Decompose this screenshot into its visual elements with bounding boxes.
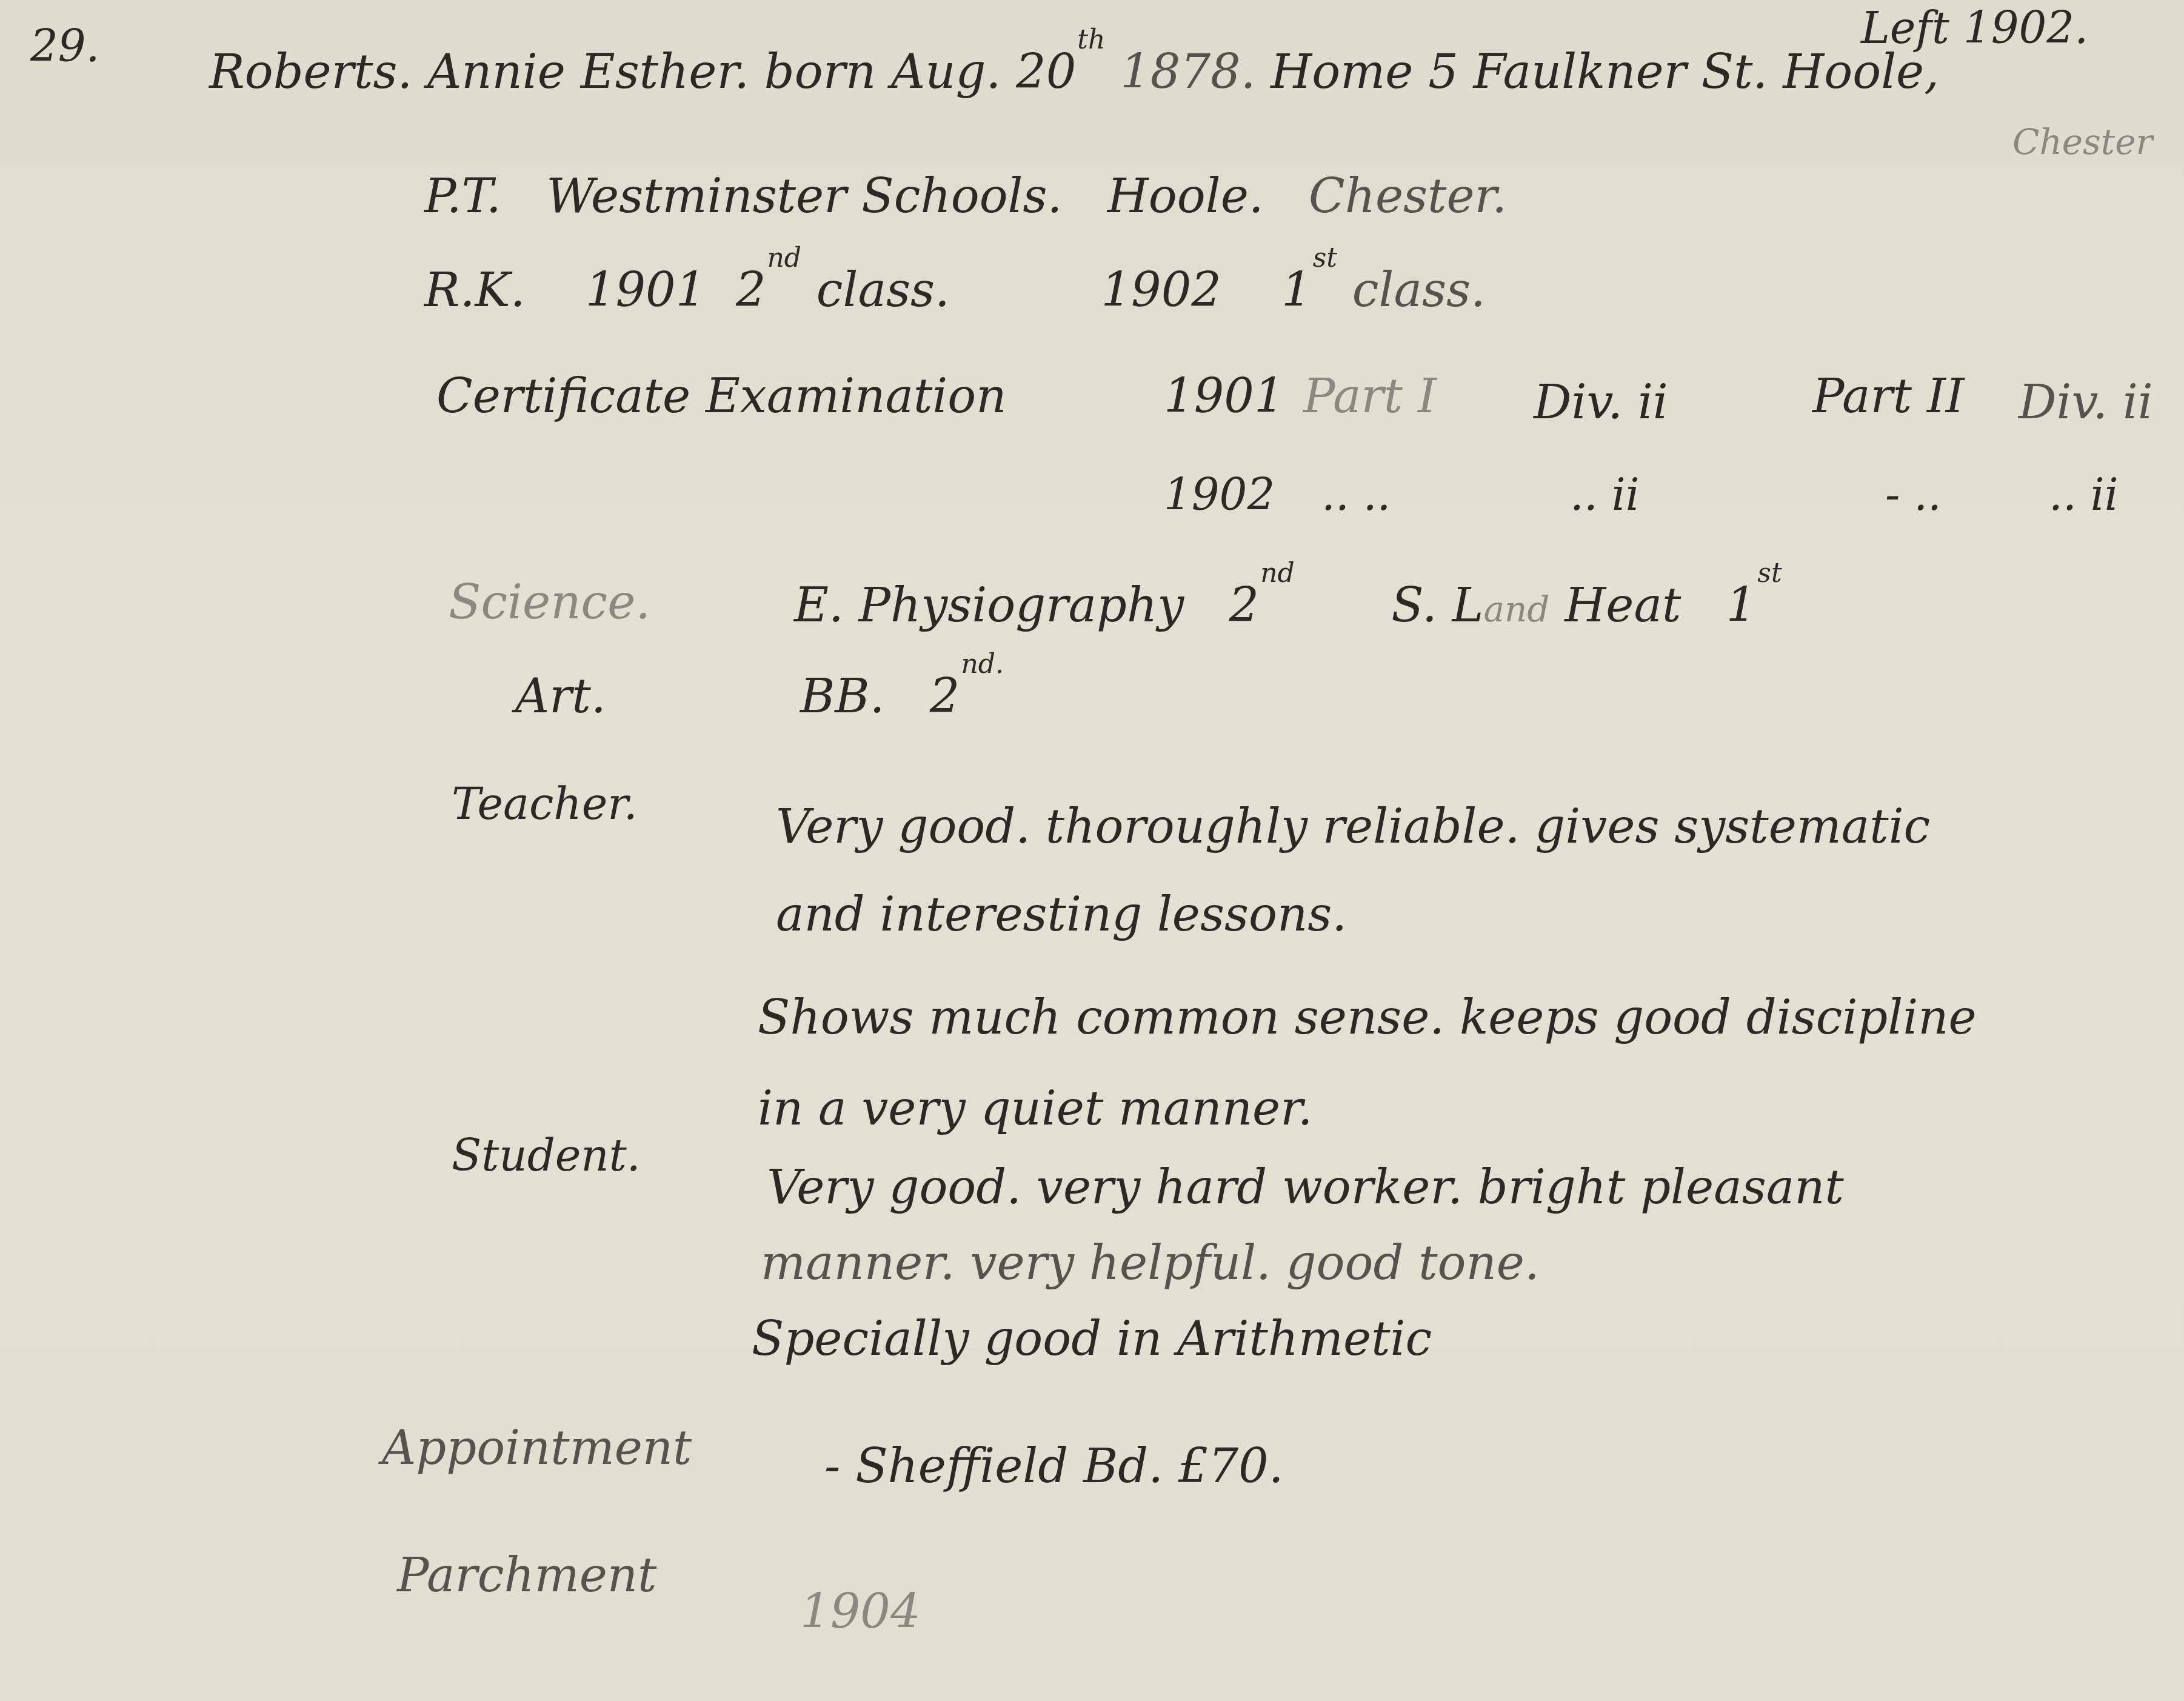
appointment-value: - Sheffield Bd. £70. [824,1443,1284,1490]
parchment-label: Parchment [397,1552,656,1599]
teacher-label: Teacher. [452,782,638,826]
cert-row-1902-div1: .. ii [1570,473,1640,516]
pupil-teacher-line: P.T. Westminster Schools. Hoole. Chester… [424,173,1507,220]
cert-row-1901-year: 1901 [1164,373,1284,420]
home-city: Chester [2012,124,2152,159]
cert-row-1901-part2: Part II [1812,373,1965,420]
cert-row-1902-div2: .. ii [2049,473,2119,516]
name-line: Roberts. Annie Esther. born Aug. 20th 18… [209,48,1939,96]
art-subject: BB. [800,669,884,724]
born-label: born [764,45,876,99]
student-label: Student. [452,1134,641,1177]
student-line: Specially good in Arithmetic [752,1315,1432,1363]
born-date: Aug. 20th [891,45,1105,99]
cert-row-1902-part2: - .. [1885,473,1942,516]
kings-scholarship-line: R.K. 1901 2nd class. 1902 1st class. [424,267,1486,314]
rk-class2-suffix: class. [1352,263,1486,318]
given-names: Annie Esther. [427,45,749,99]
pt-school: Westminster Schools. [546,169,1062,224]
cert-row-1901-div2: Div. ii [2019,379,2153,426]
left-note: Left 1902. [1861,6,2088,50]
teacher-line: Very good. thoroughly reliable. gives sy… [776,803,1930,850]
cert-row-1902-year: 1902 [1164,473,1275,516]
parchment-value: 1904 [800,1588,921,1636]
pt-label: P.T. [424,169,501,224]
home-label: Home [1271,45,1413,99]
cert-row-1902-part1: .. .. [1321,473,1391,516]
cert-row-1901-div1: Div. ii [1534,379,1668,426]
student-line: manner. very helpful. good tone. [761,1240,1540,1287]
born-year: 1878. [1120,45,1255,99]
science-label: Science. [449,579,650,626]
home-address: 5 Faulkner St. Hoole, [1428,45,1939,99]
rk-year2: 1902 [1101,263,1221,318]
rk-class1-suffix: class. [816,263,950,318]
entry-number: 29. [30,24,100,68]
pt-city: Chester. [1309,169,1507,224]
art-line: BB. 2nd. [800,673,1004,720]
science-grade1: 2nd [1229,578,1295,633]
surname: Roberts. [209,45,412,99]
rk-label: R.K. [424,263,526,318]
appointment-label: Appointment [382,1425,692,1472]
science-subject2-a: S. L [1391,578,1483,633]
student-line: Very good. very hard worker. bright plea… [767,1164,1844,1211]
science-grade2: 1st [1726,578,1782,633]
register-page: 29. Left 1902. Roberts. Annie Esther. bo… [0,0,2184,1701]
teacher-line: in a very quiet manner. [758,1085,1313,1132]
science-subject2-b: Heat [1565,578,1681,633]
teacher-line: and interesting lessons. [776,891,1347,938]
science-subject1: E. Physiography [794,578,1184,633]
rk-class1: 2nd [736,263,801,318]
certificate-label: Certificate Examination [436,373,1007,420]
pt-place: Hoole. [1107,169,1264,224]
art-label: Art. [515,673,606,720]
cert-row-1901-part1: Part I [1303,373,1437,420]
science-subject2-and: and [1483,589,1549,630]
art-grade: 2nd. [930,669,1004,724]
rk-year1: 1901 [586,263,706,318]
science-line: E. Physiography 2nd S. Land Heat 1st [794,582,1782,629]
rk-class2: 1st [1281,263,1337,318]
teacher-line: Shows much common sense. keeps good disc… [758,994,1977,1041]
